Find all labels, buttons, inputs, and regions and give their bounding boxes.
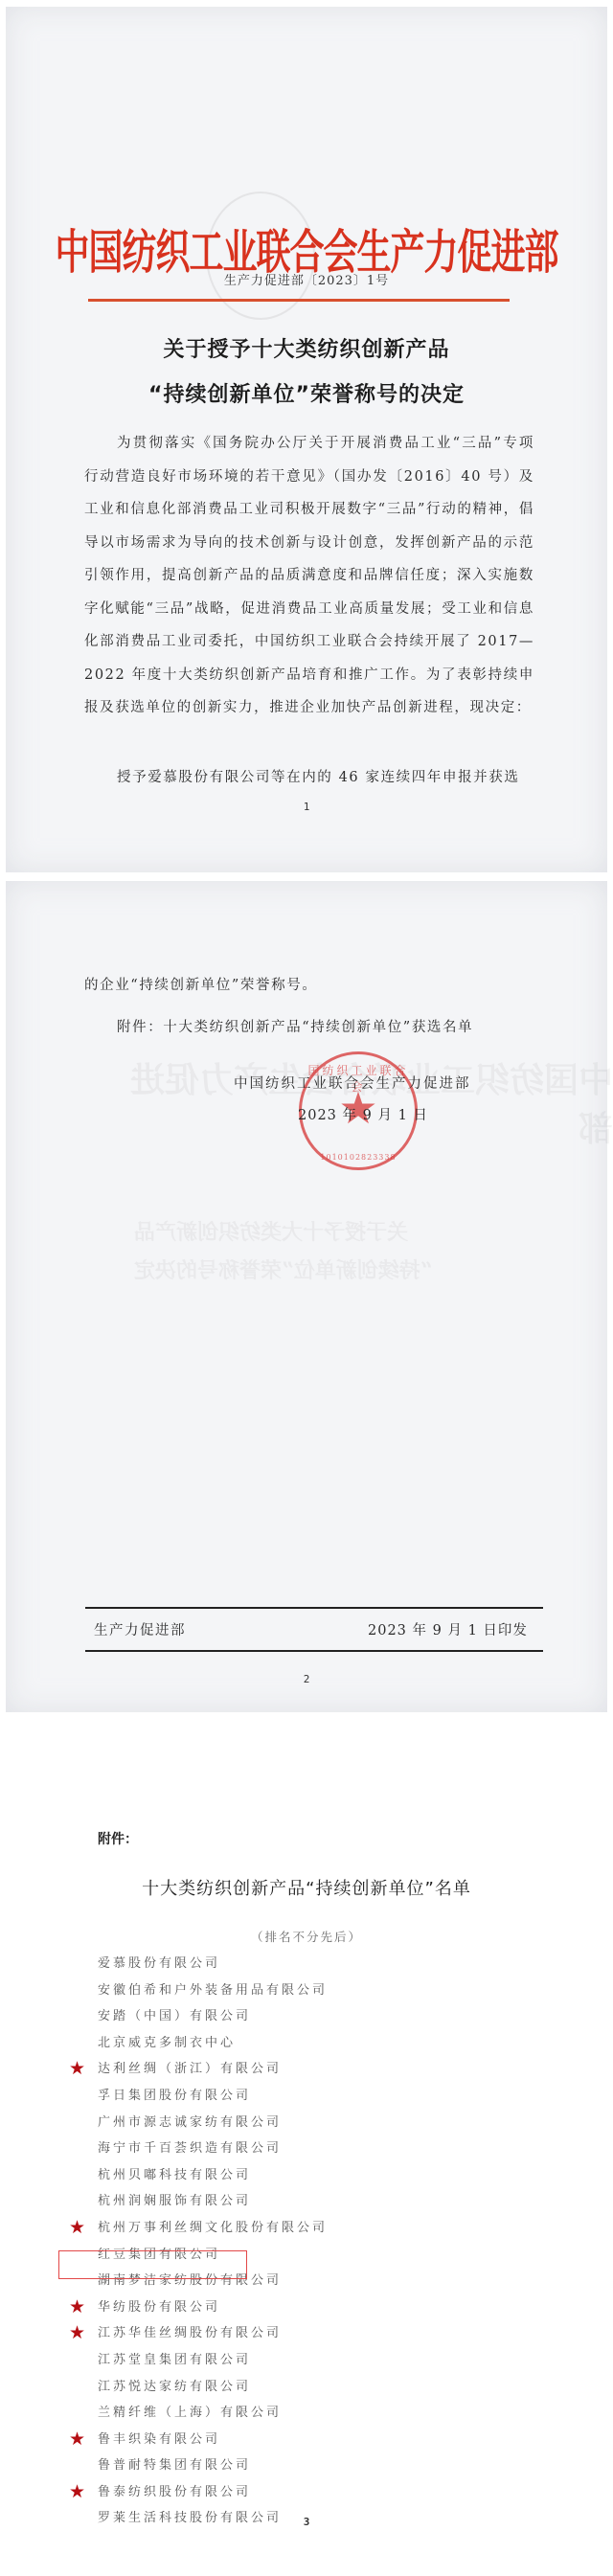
company-name: 北京威克多制衣中心 bbox=[98, 2036, 236, 2050]
footer-rule-bottom bbox=[85, 1650, 543, 1652]
list-item: ★鲁泰纺织股份有限公司 bbox=[0, 2479, 613, 2506]
list-item: 安踏（中国）有限公司 bbox=[0, 2003, 613, 2030]
ghost-title-show-through: 关于授予十大类纺织创新产品 bbox=[134, 1216, 408, 1246]
decision-title-line-2: “持续创新单位”荣誉称号的决定 bbox=[0, 378, 613, 408]
company-name: 爱慕股份有限公司 bbox=[98, 1956, 220, 1971]
page-number-3: 3 bbox=[0, 2516, 613, 2528]
document-page-2 bbox=[6, 881, 607, 1712]
list-item: 安徽伯希和户外装备用品有限公司 bbox=[0, 1977, 613, 2004]
footer-rule-top bbox=[85, 1607, 543, 1609]
list-item: 孚日集团股份有限公司 bbox=[0, 2083, 613, 2110]
list-item: 鲁普耐特集团有限公司 bbox=[0, 2452, 613, 2479]
document-number: 生产力促进部〔2023〕1号 bbox=[0, 270, 613, 288]
list-item: 杭州润娴服饰有限公司 bbox=[0, 2188, 613, 2215]
list-item: 海宁市千百荟织造有限公司 bbox=[0, 2135, 613, 2162]
company-name: 华纺股份有限公司 bbox=[98, 2300, 220, 2315]
body-paragraph-2: 授予爱慕股份有限公司等在内的 46 家连续四年申报并获选 bbox=[84, 761, 534, 795]
list-item: 爱慕股份有限公司 bbox=[0, 1951, 613, 1977]
company-name: 安徽伯希和户外装备用品有限公司 bbox=[98, 1983, 328, 1998]
list-item: ★杭州万事利丝绸文化股份有限公司 bbox=[0, 2215, 613, 2242]
company-name: 孚日集团股份有限公司 bbox=[98, 2089, 251, 2103]
ghost-title-show-through: “持续创新单位”荣誉称号的决定 bbox=[134, 1254, 432, 1284]
list-item: 广州市源志诚家纺有限公司 bbox=[0, 2110, 613, 2136]
body-paragraph-continued: 的企业“持续创新单位”荣誉称号。 bbox=[84, 974, 317, 994]
highlight-box bbox=[58, 2250, 247, 2279]
company-name: 江苏堂皇集团有限公司 bbox=[98, 2353, 251, 2367]
decision-title-line-1: 关于授予十大类纺织创新产品 bbox=[0, 333, 613, 363]
letterhead-red-rule bbox=[88, 299, 510, 302]
list-item: 江苏悦达家纺有限公司 bbox=[0, 2374, 613, 2401]
list-item: ★华纺股份有限公司 bbox=[0, 2294, 613, 2321]
list-item: ★达利丝绸（浙江）有限公司 bbox=[0, 2056, 613, 2083]
star-icon: ★ bbox=[69, 2056, 88, 2083]
company-name: 江苏华佳丝绸股份有限公司 bbox=[98, 2326, 282, 2340]
star-icon: ★ bbox=[69, 2479, 88, 2506]
signature-date: 2023 年 9 月 1 日 bbox=[298, 1104, 428, 1124]
list-title: 十大类纺织创新产品“持续创新单位”名单 bbox=[0, 1875, 613, 1900]
list-item: ★江苏华佳丝绸股份有限公司 bbox=[0, 2320, 613, 2347]
list-subtitle: （排名不分先后） bbox=[0, 1928, 613, 1945]
page-number-1: 1 bbox=[0, 801, 613, 813]
company-name: 杭州万事利丝绸文化股份有限公司 bbox=[98, 2221, 328, 2235]
list-item: 兰精纤维（上海）有限公司 bbox=[0, 2400, 613, 2427]
company-name: 杭州润娴服饰有限公司 bbox=[98, 2194, 251, 2208]
company-name: 鲁丰织染有限公司 bbox=[98, 2432, 220, 2447]
company-name: 江苏悦达家纺有限公司 bbox=[98, 2380, 251, 2394]
company-name: 兰精纤维（上海）有限公司 bbox=[98, 2406, 282, 2420]
star-icon: ★ bbox=[69, 2294, 88, 2321]
company-name: 海宁市千百荟织造有限公司 bbox=[98, 2141, 282, 2156]
list-item: ★鲁丰织染有限公司 bbox=[0, 2427, 613, 2453]
company-name: 鲁普耐特集团有限公司 bbox=[98, 2458, 251, 2473]
company-name: 安踏（中国）有限公司 bbox=[98, 2009, 251, 2023]
star-icon: ★ bbox=[69, 2427, 88, 2453]
company-name: 广州市源志诚家纺有限公司 bbox=[98, 2115, 282, 2130]
attachment-label: 附件： bbox=[98, 1829, 138, 1848]
attachment-note: 附件：十大类纺织创新产品“持续创新单位”获选名单 bbox=[117, 1016, 473, 1036]
company-name: 鲁泰纺织股份有限公司 bbox=[98, 2485, 251, 2499]
signature-organization: 中国纺织工业联合会生产力促进部 bbox=[234, 1073, 471, 1093]
company-name: 杭州贝嘟科技有限公司 bbox=[98, 2168, 251, 2182]
list-item: 北京威克多制衣中心 bbox=[0, 2030, 613, 2057]
company-list: 爱慕股份有限公司安徽伯希和户外装备用品有限公司安踏（中国）有限公司北京威克多制衣… bbox=[0, 1951, 613, 2532]
company-name: 达利丝绸（浙江）有限公司 bbox=[98, 2062, 282, 2076]
list-item: 江苏堂皇集团有限公司 bbox=[0, 2347, 613, 2374]
list-item: 杭州贝嘟科技有限公司 bbox=[0, 2162, 613, 2189]
body-paragraph-1: 为贯彻落实《国务院办公厅关于开展消费品工业“三品”专项行动营造良好市场环境的若干… bbox=[84, 427, 534, 725]
footer-issuer: 生产力促进部 bbox=[94, 1619, 186, 1639]
star-icon: ★ bbox=[69, 2215, 88, 2242]
footer-issue-date: 2023 年 9 月 1 日印发 bbox=[368, 1619, 528, 1639]
star-icon: ★ bbox=[69, 2320, 88, 2347]
page-number-2: 2 bbox=[0, 1673, 613, 1685]
seal-number: 1010102823338 bbox=[302, 1153, 415, 1162]
